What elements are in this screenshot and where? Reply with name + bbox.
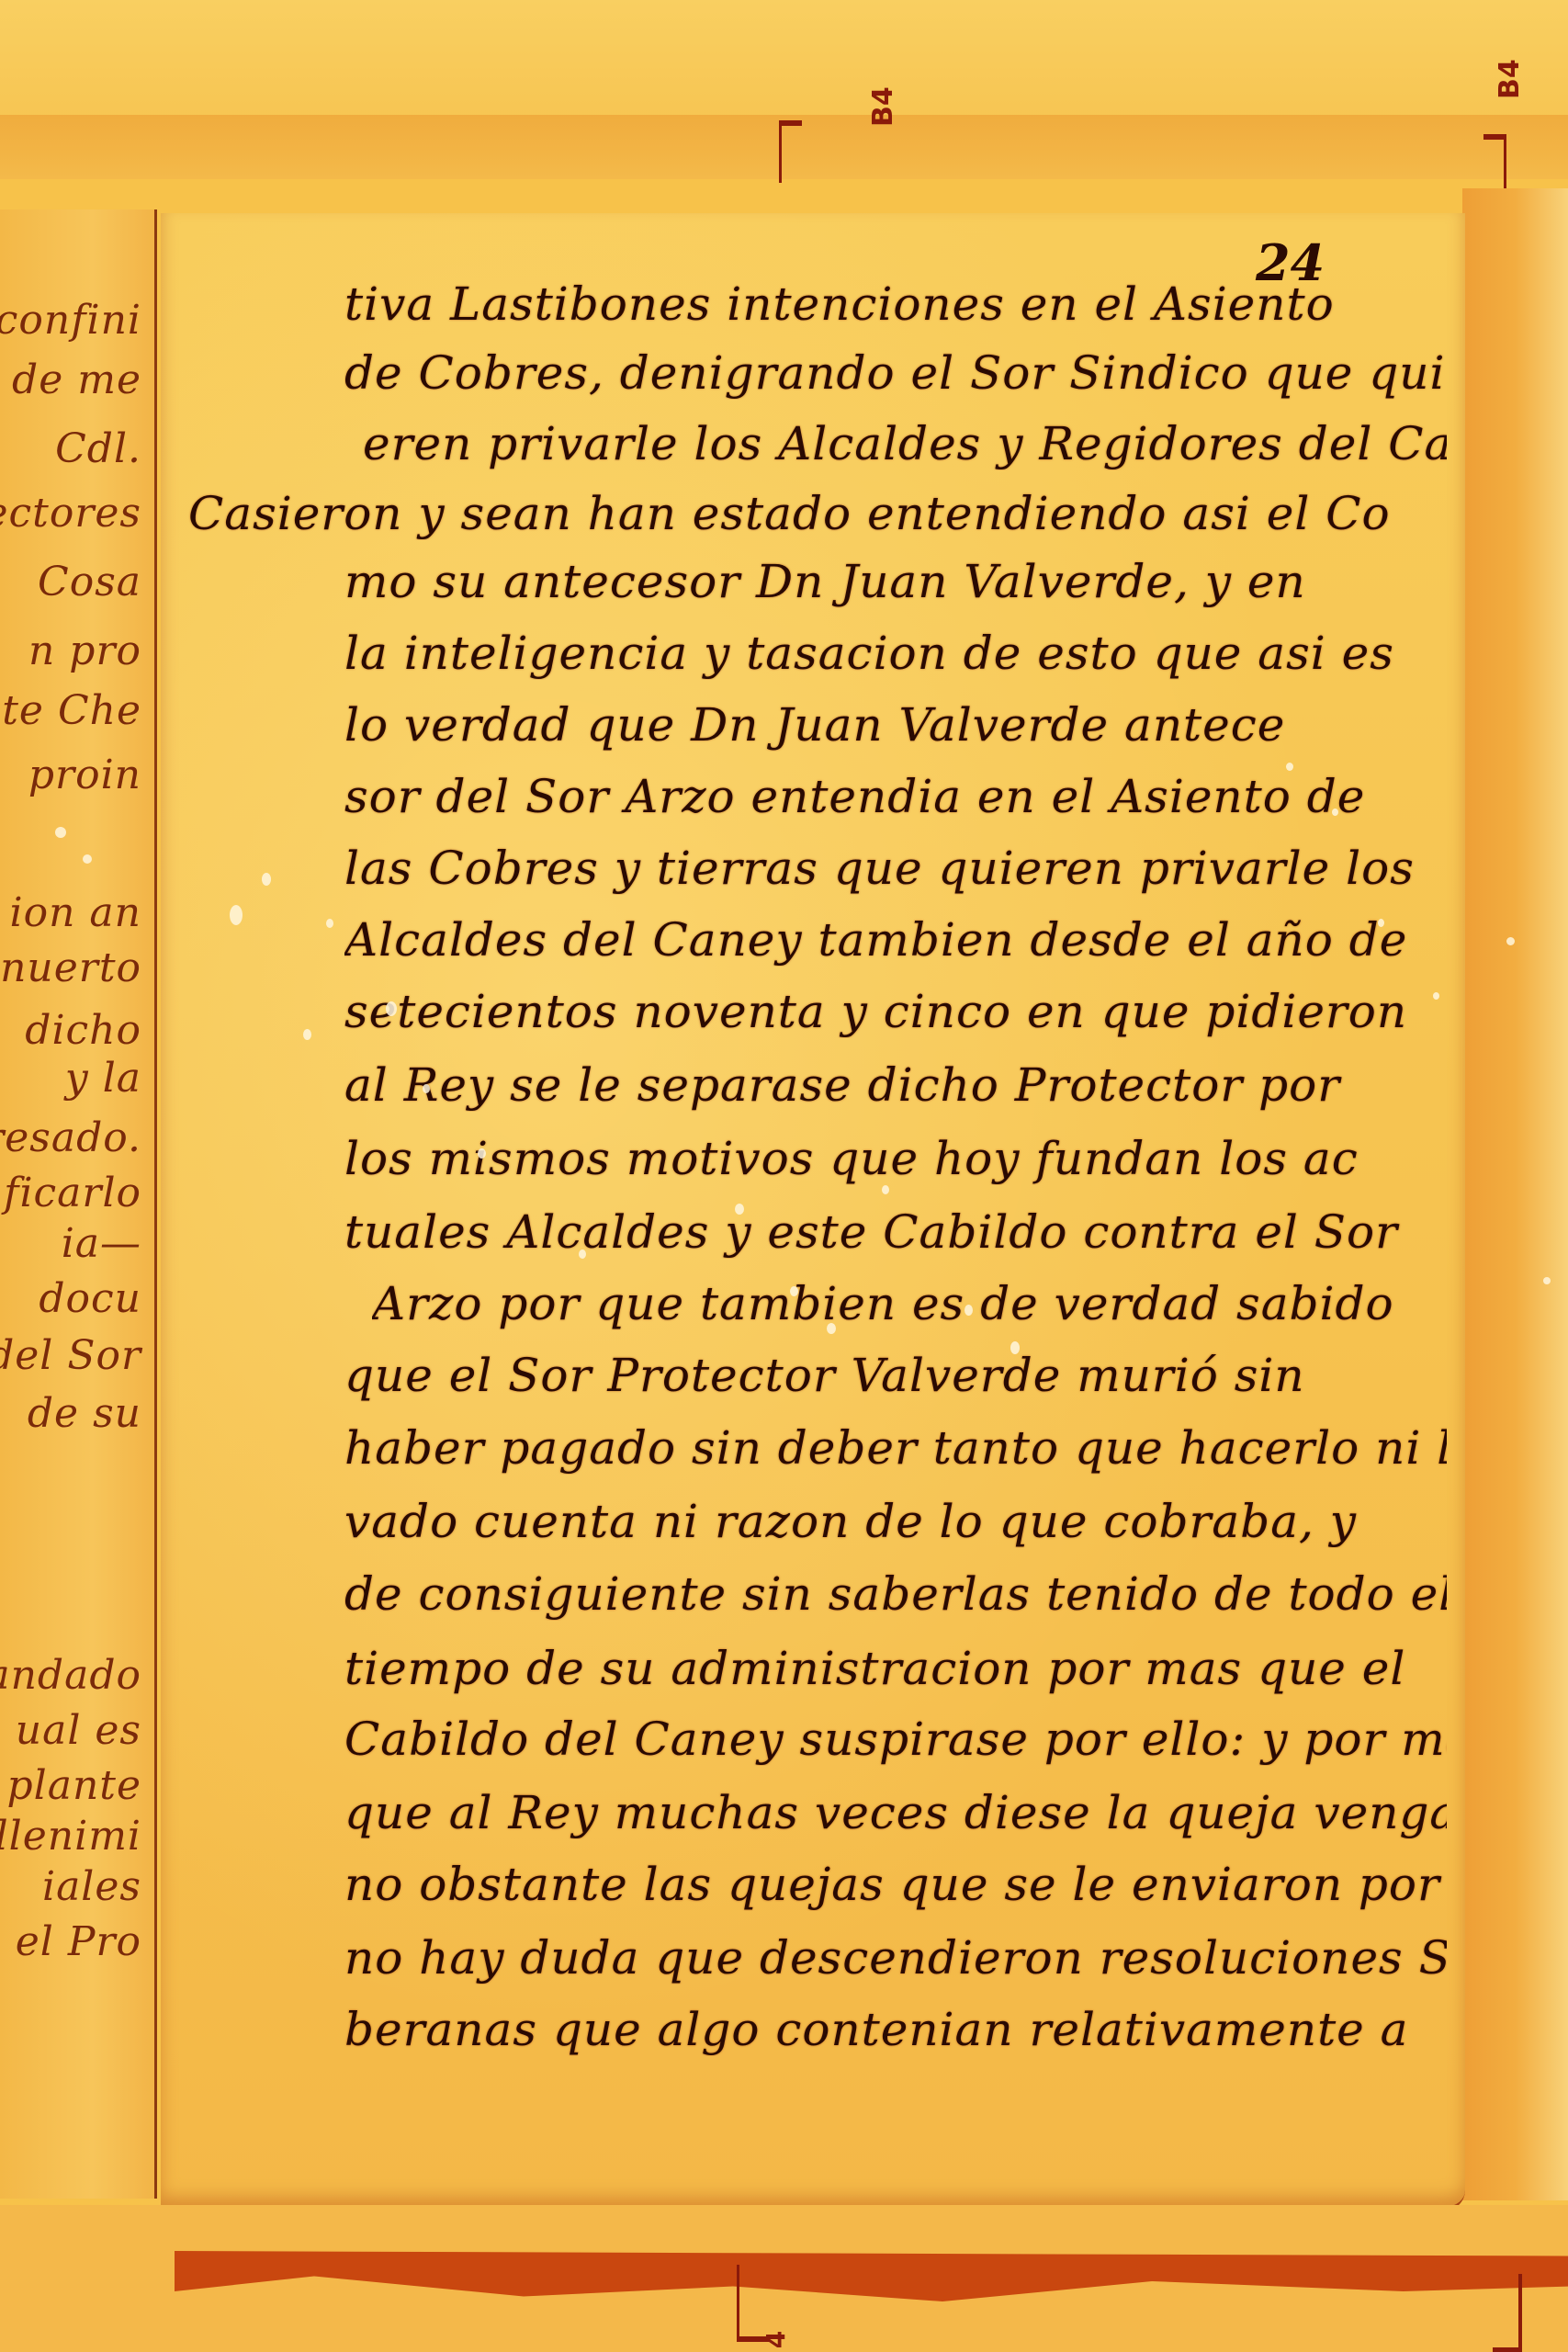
left-page-line: dicho: [25, 1007, 141, 1054]
left-page-line: Cdl.: [55, 425, 141, 472]
line-text: que el Sor Protector Valverde murió sin: [344, 1349, 1447, 1402]
manuscript-line: Cabildo del Caney suspirase por ello: y …: [161, 1713, 1465, 1795]
line-text: no obstante las quejas que se le enviaro…: [344, 1858, 1447, 1911]
left-page-line: y de me: [0, 356, 141, 403]
line-text: tiva Lastibones intenciones en el Asient…: [344, 277, 1447, 331]
line-text: Cabildo del Caney suspirase por ello: y …: [344, 1713, 1447, 1766]
left-page-line: resado.: [0, 1114, 141, 1161]
line-text: beranas que algo contenian relativamente…: [344, 2003, 1447, 2056]
manuscript-line: Alcaldes del Caney tambien desde el año …: [161, 913, 1465, 996]
manuscript-line: beranas que algo contenian relativamente…: [161, 2003, 1465, 2086]
left-page-line: docu: [39, 1275, 141, 1322]
left-page-line: proin: [28, 752, 141, 798]
line-text: Arzo por que tambien es de verdad sabido: [372, 1277, 1447, 1330]
left-page-line: llenimi: [0, 1813, 141, 1860]
crop-mark-top-left: [779, 120, 802, 183]
line-text: las Cobres y tierras que quieren privarl…: [344, 842, 1447, 895]
crop-mark-top-right: [1483, 134, 1506, 195]
line-text: no hay duda que descendieron resolucione…: [344, 1931, 1447, 1984]
manuscript-line: al Rey se le separase dicho Protector po…: [161, 1058, 1465, 1141]
left-page-line: del Sor: [0, 1332, 141, 1379]
crop-mark-bottom-right: [1493, 2274, 1522, 2352]
left-page-fragment: confini y de me Cdl. Protectores Cosa n …: [0, 209, 157, 2199]
line-text: tiempo de su administracion por mas que …: [344, 1642, 1447, 1695]
manuscript-line: setecientos noventa y cinco en que pidie…: [161, 985, 1465, 1068]
left-page-line: mandado: [0, 1652, 141, 1699]
left-page-line: iales: [42, 1863, 141, 1910]
manuscript-line: que al Rey muchas veces diese la queja v…: [161, 1786, 1465, 1869]
left-page-line: ual es: [16, 1707, 141, 1754]
manuscript-line: sor del Sor Arzo entendia en el Asiento …: [161, 770, 1465, 853]
left-page-line: confini: [0, 297, 141, 344]
line-text: que al Rey muchas veces diese la queja v…: [344, 1786, 1447, 1839]
line-text: los mismos motivos que hoy fundan los ac: [344, 1132, 1447, 1185]
left-page-line: de su: [28, 1390, 141, 1437]
left-page-line: y la: [65, 1055, 141, 1102]
left-page-line: ia—: [62, 1220, 141, 1267]
line-text: Casieron y sean han estado entendiendo a…: [188, 487, 1447, 540]
right-margin-strip: [1462, 188, 1568, 2200]
line-text: de consiguiente sin saberlas tenido de t…: [344, 1567, 1447, 1621]
left-page-line: ion an: [10, 889, 141, 936]
line-text: lo verdad que Dn Juan Valverde antece: [344, 698, 1447, 752]
line-text: tuales Alcaldes y este Cabildo contra el…: [344, 1205, 1447, 1259]
manuscript-line: la inteligencia y tasacion de esto que a…: [161, 627, 1465, 709]
manuscript-page: 24 tiva Lastibones intenciones en el Asi…: [161, 213, 1465, 2211]
left-page-line: ste Che: [0, 687, 141, 734]
line-text: eren privarle los Alcaldes y Regidores d…: [363, 417, 1447, 470]
crop-label-top-left: B4: [867, 86, 899, 127]
line-text: vado cuenta ni razon de lo que cobraba, …: [344, 1495, 1447, 1548]
manuscript-line: que el Sor Protector Valverde murió sin: [161, 1349, 1465, 1431]
left-page-line: ficarlo: [4, 1170, 141, 1216]
manuscript-line: mo su antecesor Dn Juan Valverde, y en: [161, 555, 1465, 638]
manuscript-line: no hay duda que descendieron resolucione…: [161, 1931, 1465, 2014]
left-page-line: nuerto: [0, 944, 141, 991]
manuscript-line: tuales Alcaldes y este Cabildo contra el…: [161, 1205, 1465, 1288]
manuscript-line: de consiguiente sin saberlas tenido de t…: [161, 1567, 1465, 1650]
left-page-line: Protectores: [0, 490, 141, 537]
manuscript-line: no obstante las quejas que se le enviaro…: [161, 1858, 1465, 1940]
crop-label-bottom-left: 4: [761, 2331, 791, 2348]
left-page-line: plante: [6, 1762, 141, 1809]
line-text: setecientos noventa y cinco en que pidie…: [344, 985, 1447, 1038]
manuscript-line: los mismos motivos que hoy fundan los ac: [161, 1132, 1465, 1215]
line-text: mo su antecesor Dn Juan Valverde, y en: [344, 555, 1447, 608]
line-text: haber pagado sin deber tanto que hacerlo…: [344, 1421, 1447, 1475]
left-page-line: el Pro: [16, 1918, 141, 1965]
manuscript-line: lo verdad que Dn Juan Valverde antece: [161, 698, 1465, 781]
left-page-line: n pro: [28, 628, 141, 674]
line-text: de Cobres, denigrando el Sor Sindico que…: [344, 346, 1447, 400]
line-text: sor del Sor Arzo entendia en el Asiento …: [344, 770, 1447, 823]
manuscript-line: vado cuenta ni razon de lo que cobraba, …: [161, 1495, 1465, 1577]
left-page-line: Cosa: [38, 559, 141, 605]
manuscript-line: haber pagado sin deber tanto que hacerlo…: [161, 1421, 1465, 1504]
line-text: Alcaldes del Caney tambien desde el año …: [344, 913, 1447, 967]
manuscript-line: Arzo por que tambien es de verdad sabido: [161, 1277, 1465, 1360]
line-text: la inteligencia y tasacion de esto que a…: [344, 627, 1447, 680]
crop-label-top-right: B4: [1494, 59, 1526, 99]
manuscript-line: las Cobres y tierras que quieren privarl…: [161, 842, 1465, 924]
line-text: al Rey se le separase dicho Protector po…: [344, 1058, 1447, 1112]
